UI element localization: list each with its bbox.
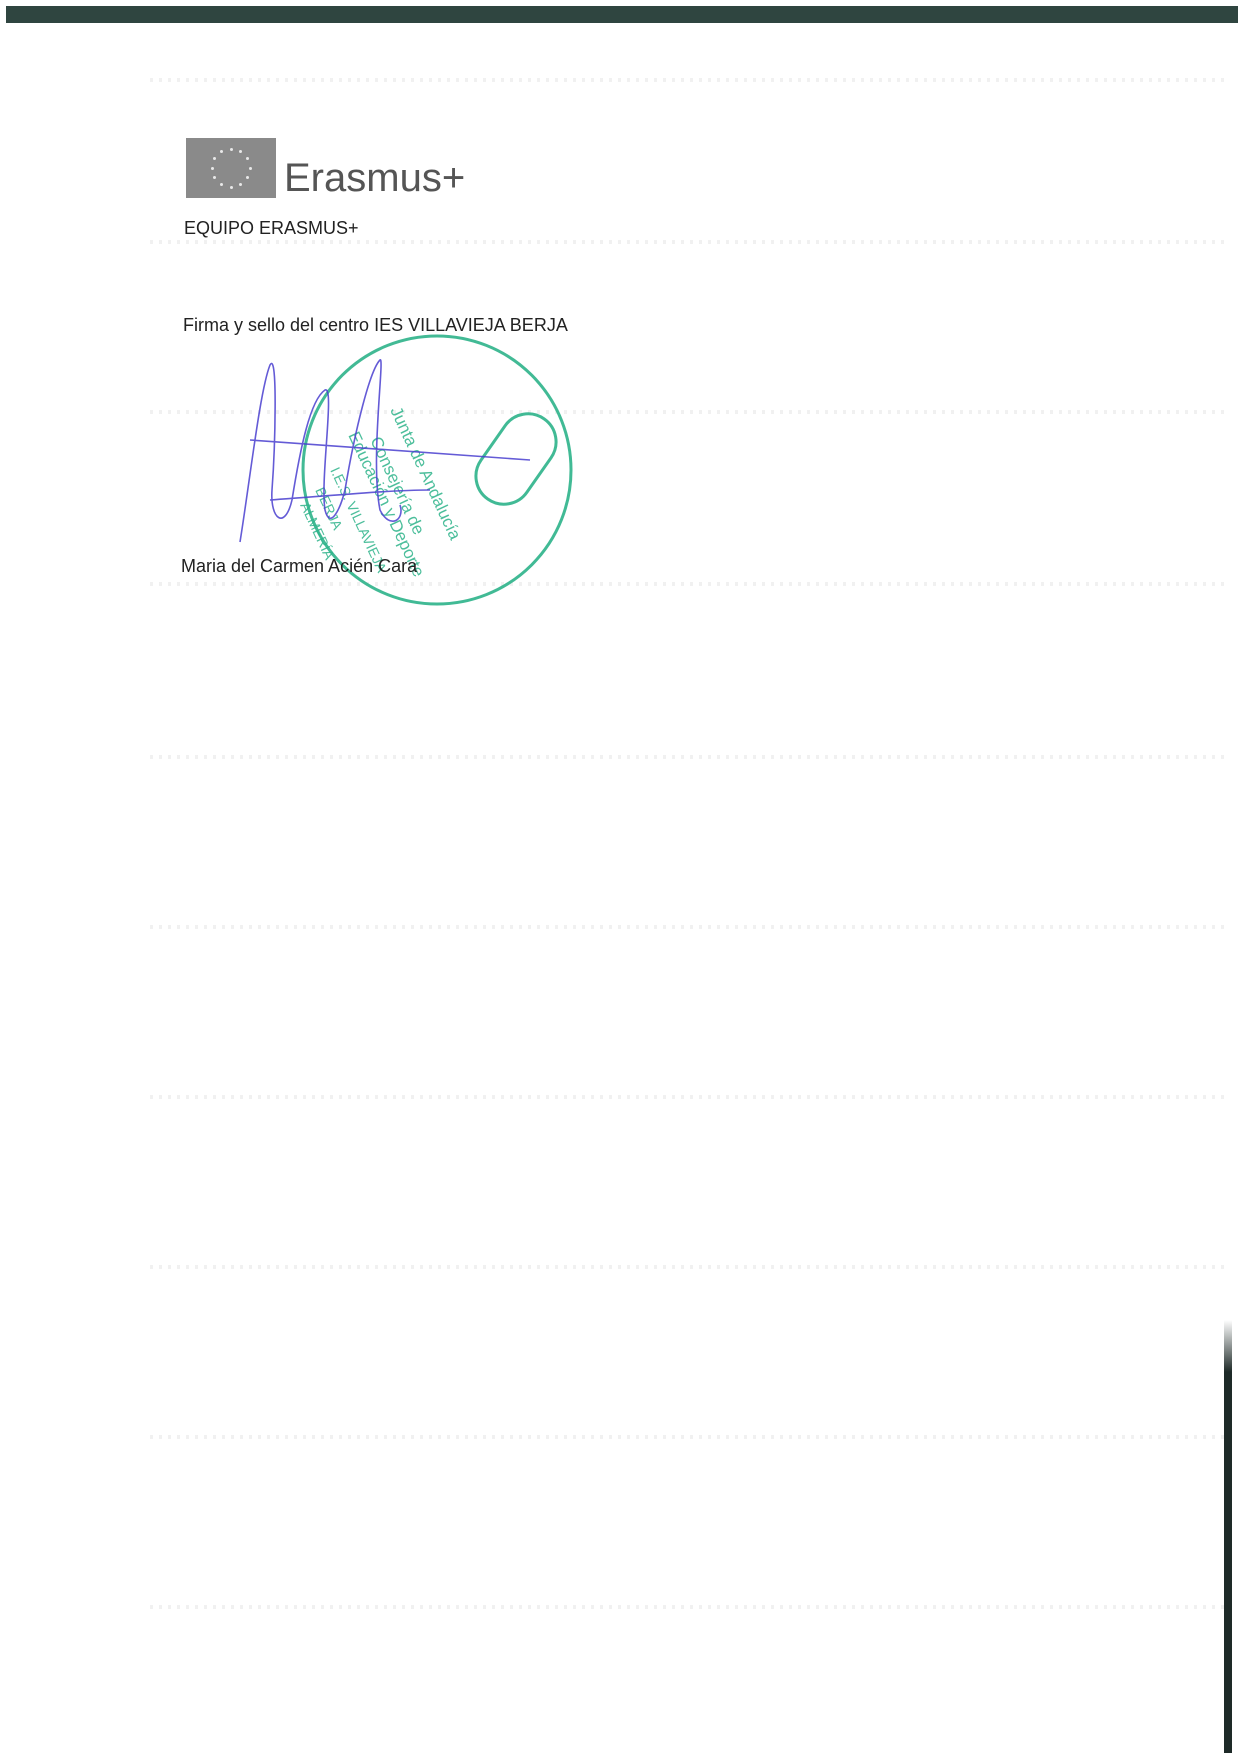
team-label: EQUIPO ERASMUS+ xyxy=(184,218,359,239)
erasmus-wordmark: Erasmus+ xyxy=(284,158,465,198)
bleed-through-line xyxy=(150,1265,1230,1269)
bleed-through-line xyxy=(150,1435,1230,1439)
eu-star-icon xyxy=(220,150,223,153)
eu-flag-icon xyxy=(186,138,276,198)
bleed-through-line xyxy=(150,78,1230,82)
eu-star-icon xyxy=(230,148,233,151)
scan-top-edge xyxy=(6,6,1238,23)
eu-star-icon xyxy=(249,167,252,170)
eu-star-icon xyxy=(246,176,249,179)
bleed-through-line xyxy=(150,240,1230,244)
eu-star-icon xyxy=(230,186,233,189)
erasmus-logo: Erasmus+ xyxy=(186,138,465,198)
bleed-through-line xyxy=(150,1095,1230,1099)
scan-right-edge xyxy=(1224,1320,1232,1753)
bleed-through-line xyxy=(150,755,1230,759)
eu-star-icon xyxy=(211,167,214,170)
eu-star-icon xyxy=(246,157,249,160)
bleed-through-line xyxy=(150,925,1230,929)
eu-star-icon xyxy=(213,157,216,160)
signer-name: Maria del Carmen Acién Cara xyxy=(181,556,417,577)
bleed-through-line xyxy=(150,1605,1230,1609)
eu-star-icon xyxy=(239,183,242,186)
eu-star-icon xyxy=(220,183,223,186)
eu-star-icon xyxy=(213,176,216,179)
eu-star-icon xyxy=(239,150,242,153)
